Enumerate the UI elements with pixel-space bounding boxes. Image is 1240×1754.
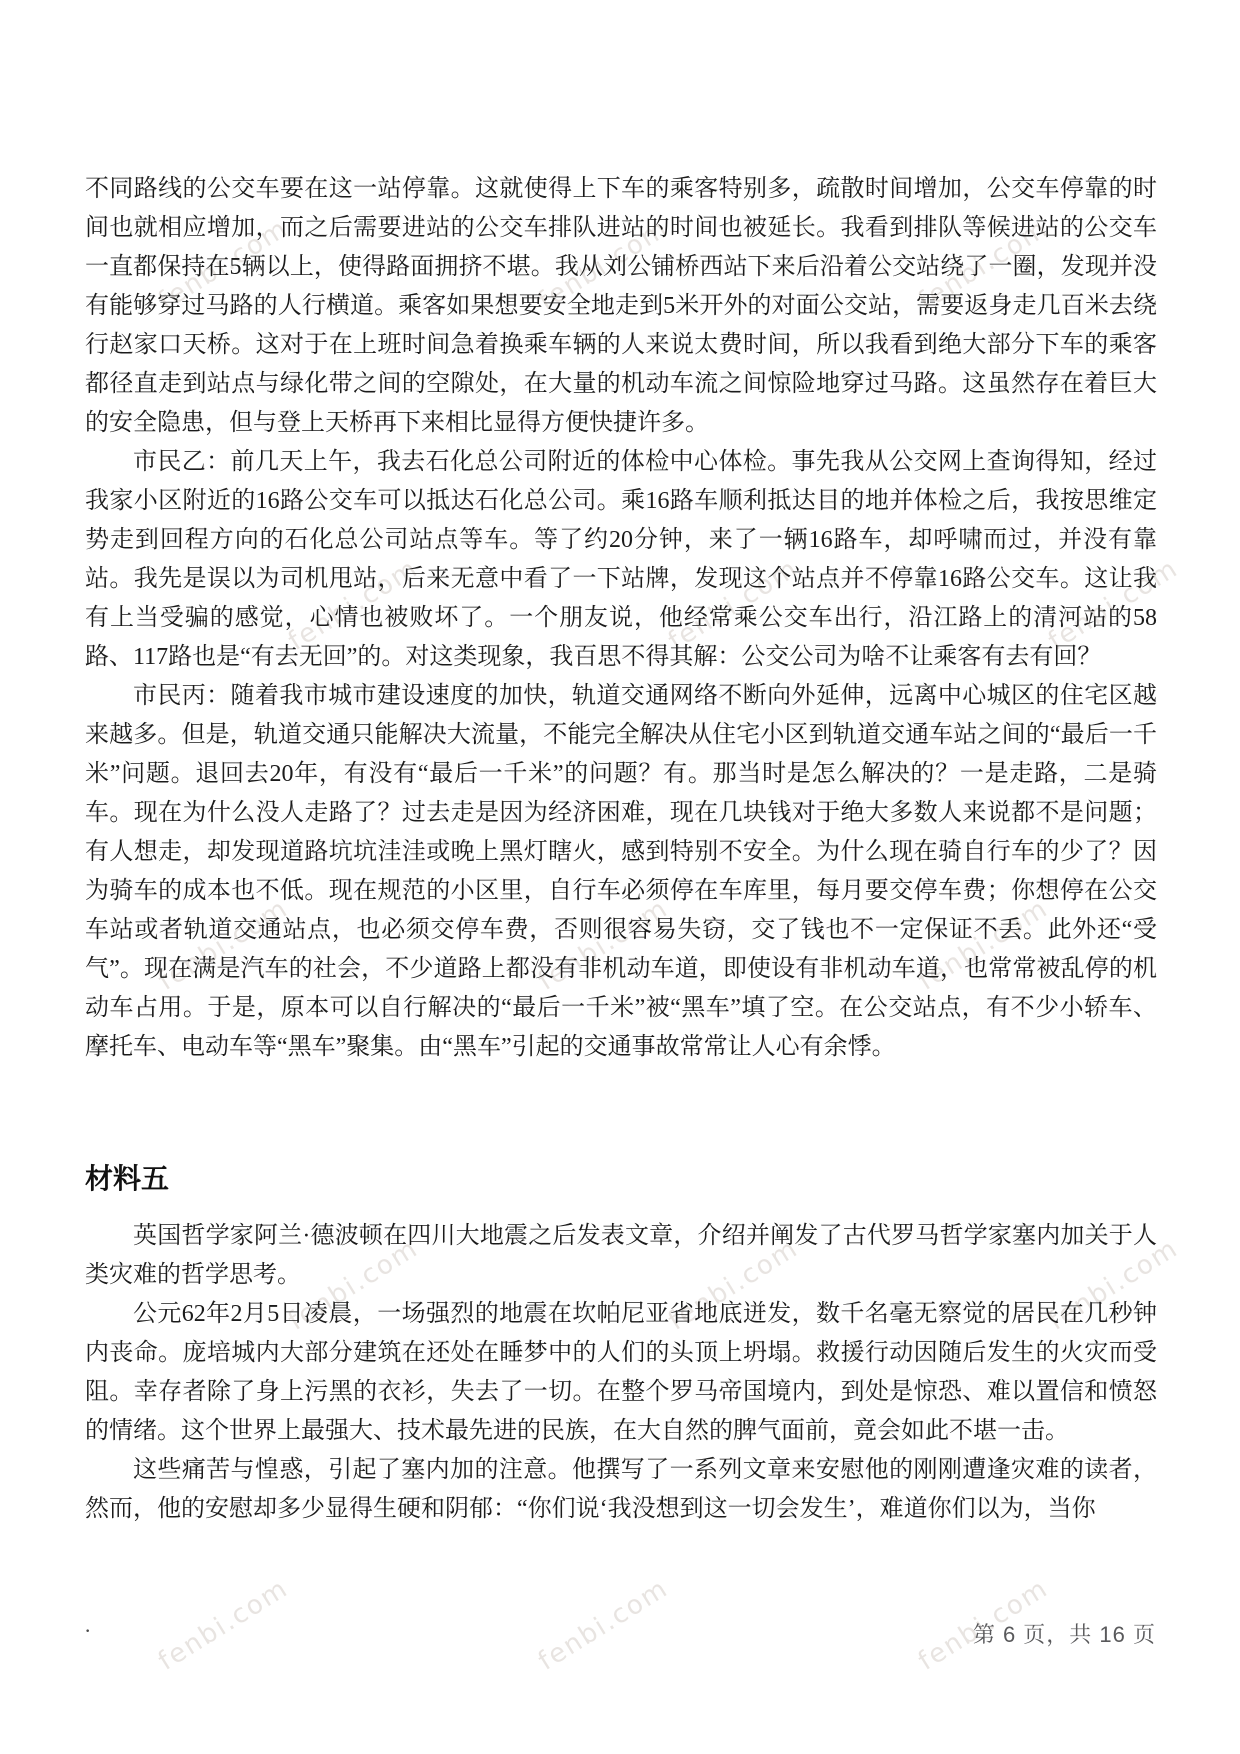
body-paragraph: 这些痛苦与惶惑，引起了塞内加的注意。他撰写了一系列文章来安慰他的刚刚遭逢灾难的读… — [85, 1451, 1157, 1529]
body-paragraph: 不同路线的公交车要在这一站停靠。这就使得上下车的乘客特别多，疏散时间增加，公交车… — [85, 170, 1157, 443]
body-paragraph: 公元62年2月5日凌晨，一场强烈的地震在坎帕尼亚省地底迸发，数千名毫无察觉的居民… — [85, 1295, 1157, 1451]
section-heading-material-5: 材料五 — [85, 1159, 1157, 1199]
body-paragraph: 市民乙：前几天上午，我去石化总公司附近的体检中心体检。事先我从公交网上查询得知，… — [85, 443, 1157, 677]
body-paragraph: 市民丙：随着我市城市建设速度的加快，轨道交通网络不断向外延伸，远离中心城区的住宅… — [85, 677, 1157, 1067]
watermark-text: fenbi.com — [533, 1573, 674, 1676]
footer-dot-mark: · — [84, 1618, 91, 1644]
document-page: fenbi.comfenbi.comfenbi.comfenbi.comfenb… — [0, 0, 1240, 1754]
document-body: 不同路线的公交车要在这一站停靠。这就使得上下车的乘客特别多，疏散时间增加，公交车… — [85, 170, 1157, 1529]
watermark-text: fenbi.com — [153, 1573, 294, 1676]
body-paragraph: 英国哲学家阿兰·德波顿在四川大地震之后发表文章，介绍并阐发了古代罗马哲学家塞内加… — [85, 1217, 1157, 1295]
page-number: 第 6 页，共 16 页 — [973, 1618, 1156, 1649]
